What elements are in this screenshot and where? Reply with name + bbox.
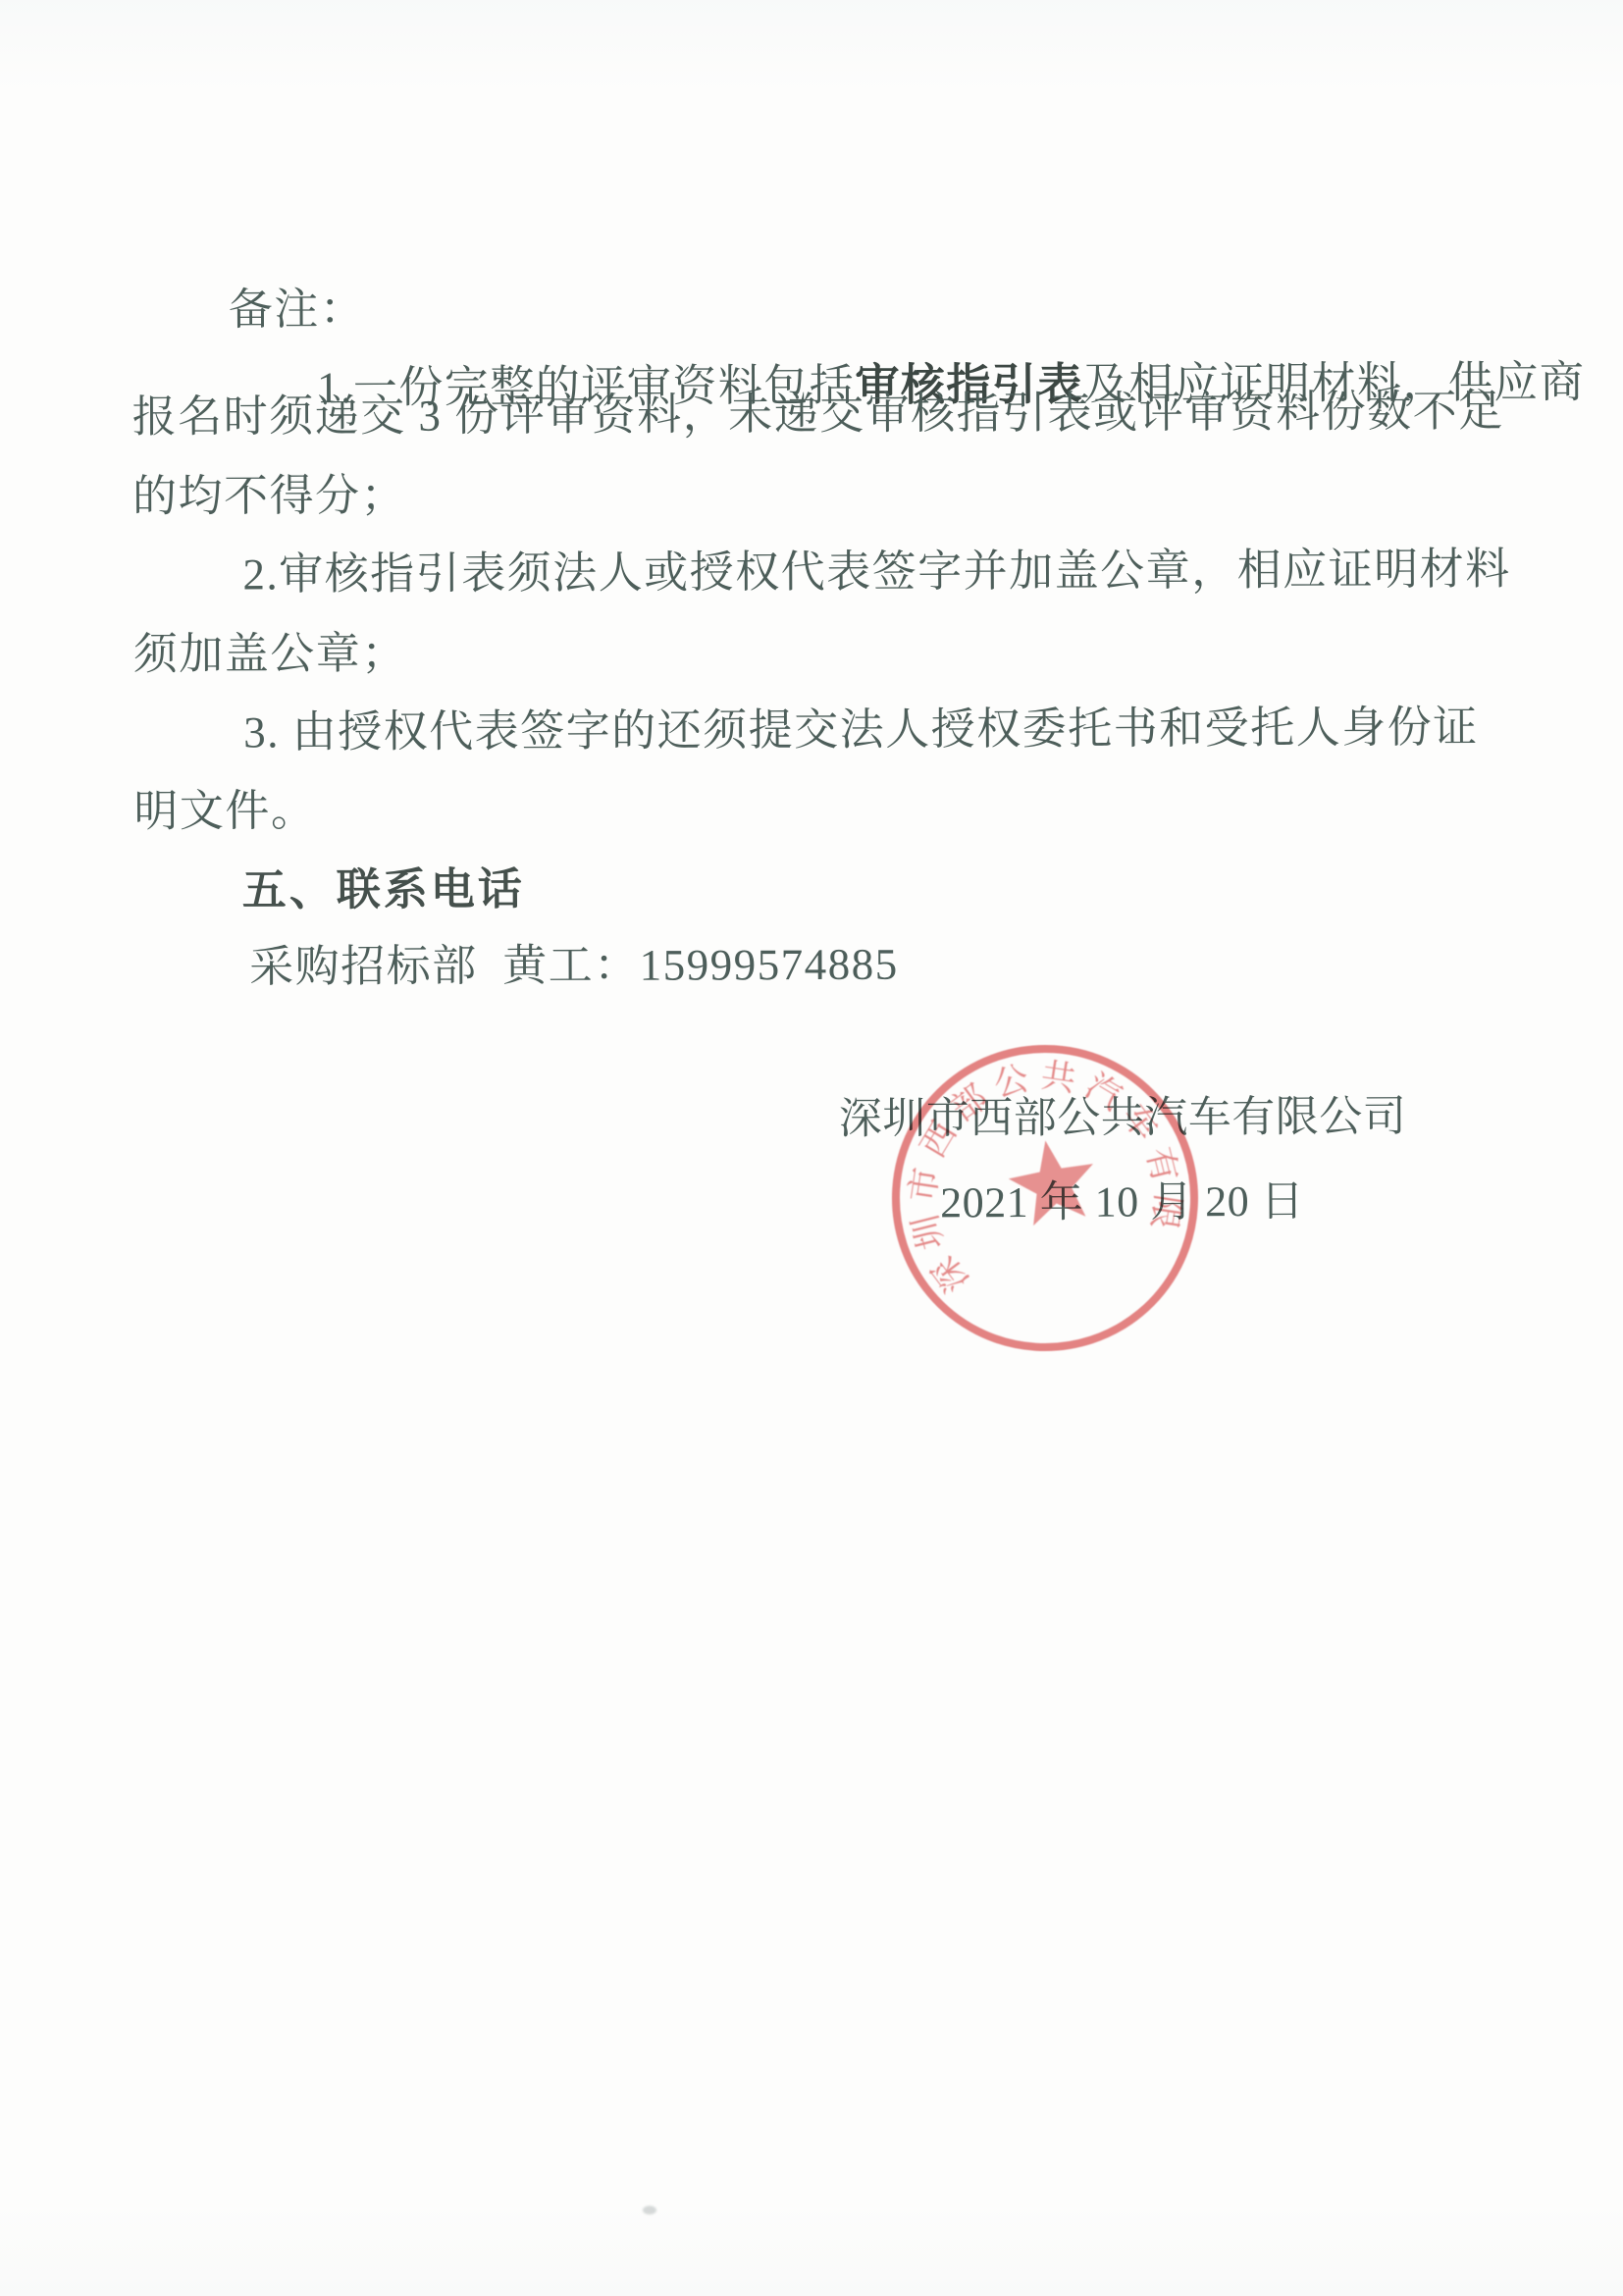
scan-speck (593, 389, 600, 393)
contact-phone-line: 采购招标部 黄工：15999574885 (249, 940, 899, 994)
document-content: 备注： 1.一份完整的评审资料包括审核指引表及相应证明材料，供应商 报名时须递交… (0, 0, 1623, 2296)
seal-star-icon (1001, 1129, 1108, 1236)
note-item-3-line-2: 明文件。 (133, 786, 316, 838)
scan-speck (643, 2206, 656, 2215)
note-item-2-line-2: 须加盖公章； (133, 629, 407, 681)
seal-rotated-group: 深圳市西部公共汽车有限公司 (885, 1038, 1205, 1358)
note-item-1-line-2: 报名时须递交 3 份评审资料，未递交审核指引表或评审资料份数不足 (132, 387, 1504, 444)
scanned-document-page: 备注： 1.一份完整的评审资料包括审核指引表及相应证明材料，供应商 报名时须递交… (0, 0, 1623, 2296)
contact-section-heading: 五、联系电话 (242, 863, 525, 915)
company-seal-stamp-icon: 深圳市西部公共汽车有限公司 (885, 1038, 1205, 1358)
note-item-3-line-1: 3. 由授权代表签字的还须提交法人授权委托书和受托人身份证 (243, 703, 1479, 758)
note-item-1-line-3: 的均不得分； (132, 471, 406, 523)
note-item-2-line-1: 2.审核指引表须法人或授权代表签字并加盖公章，相应证明材料 (242, 545, 1510, 600)
